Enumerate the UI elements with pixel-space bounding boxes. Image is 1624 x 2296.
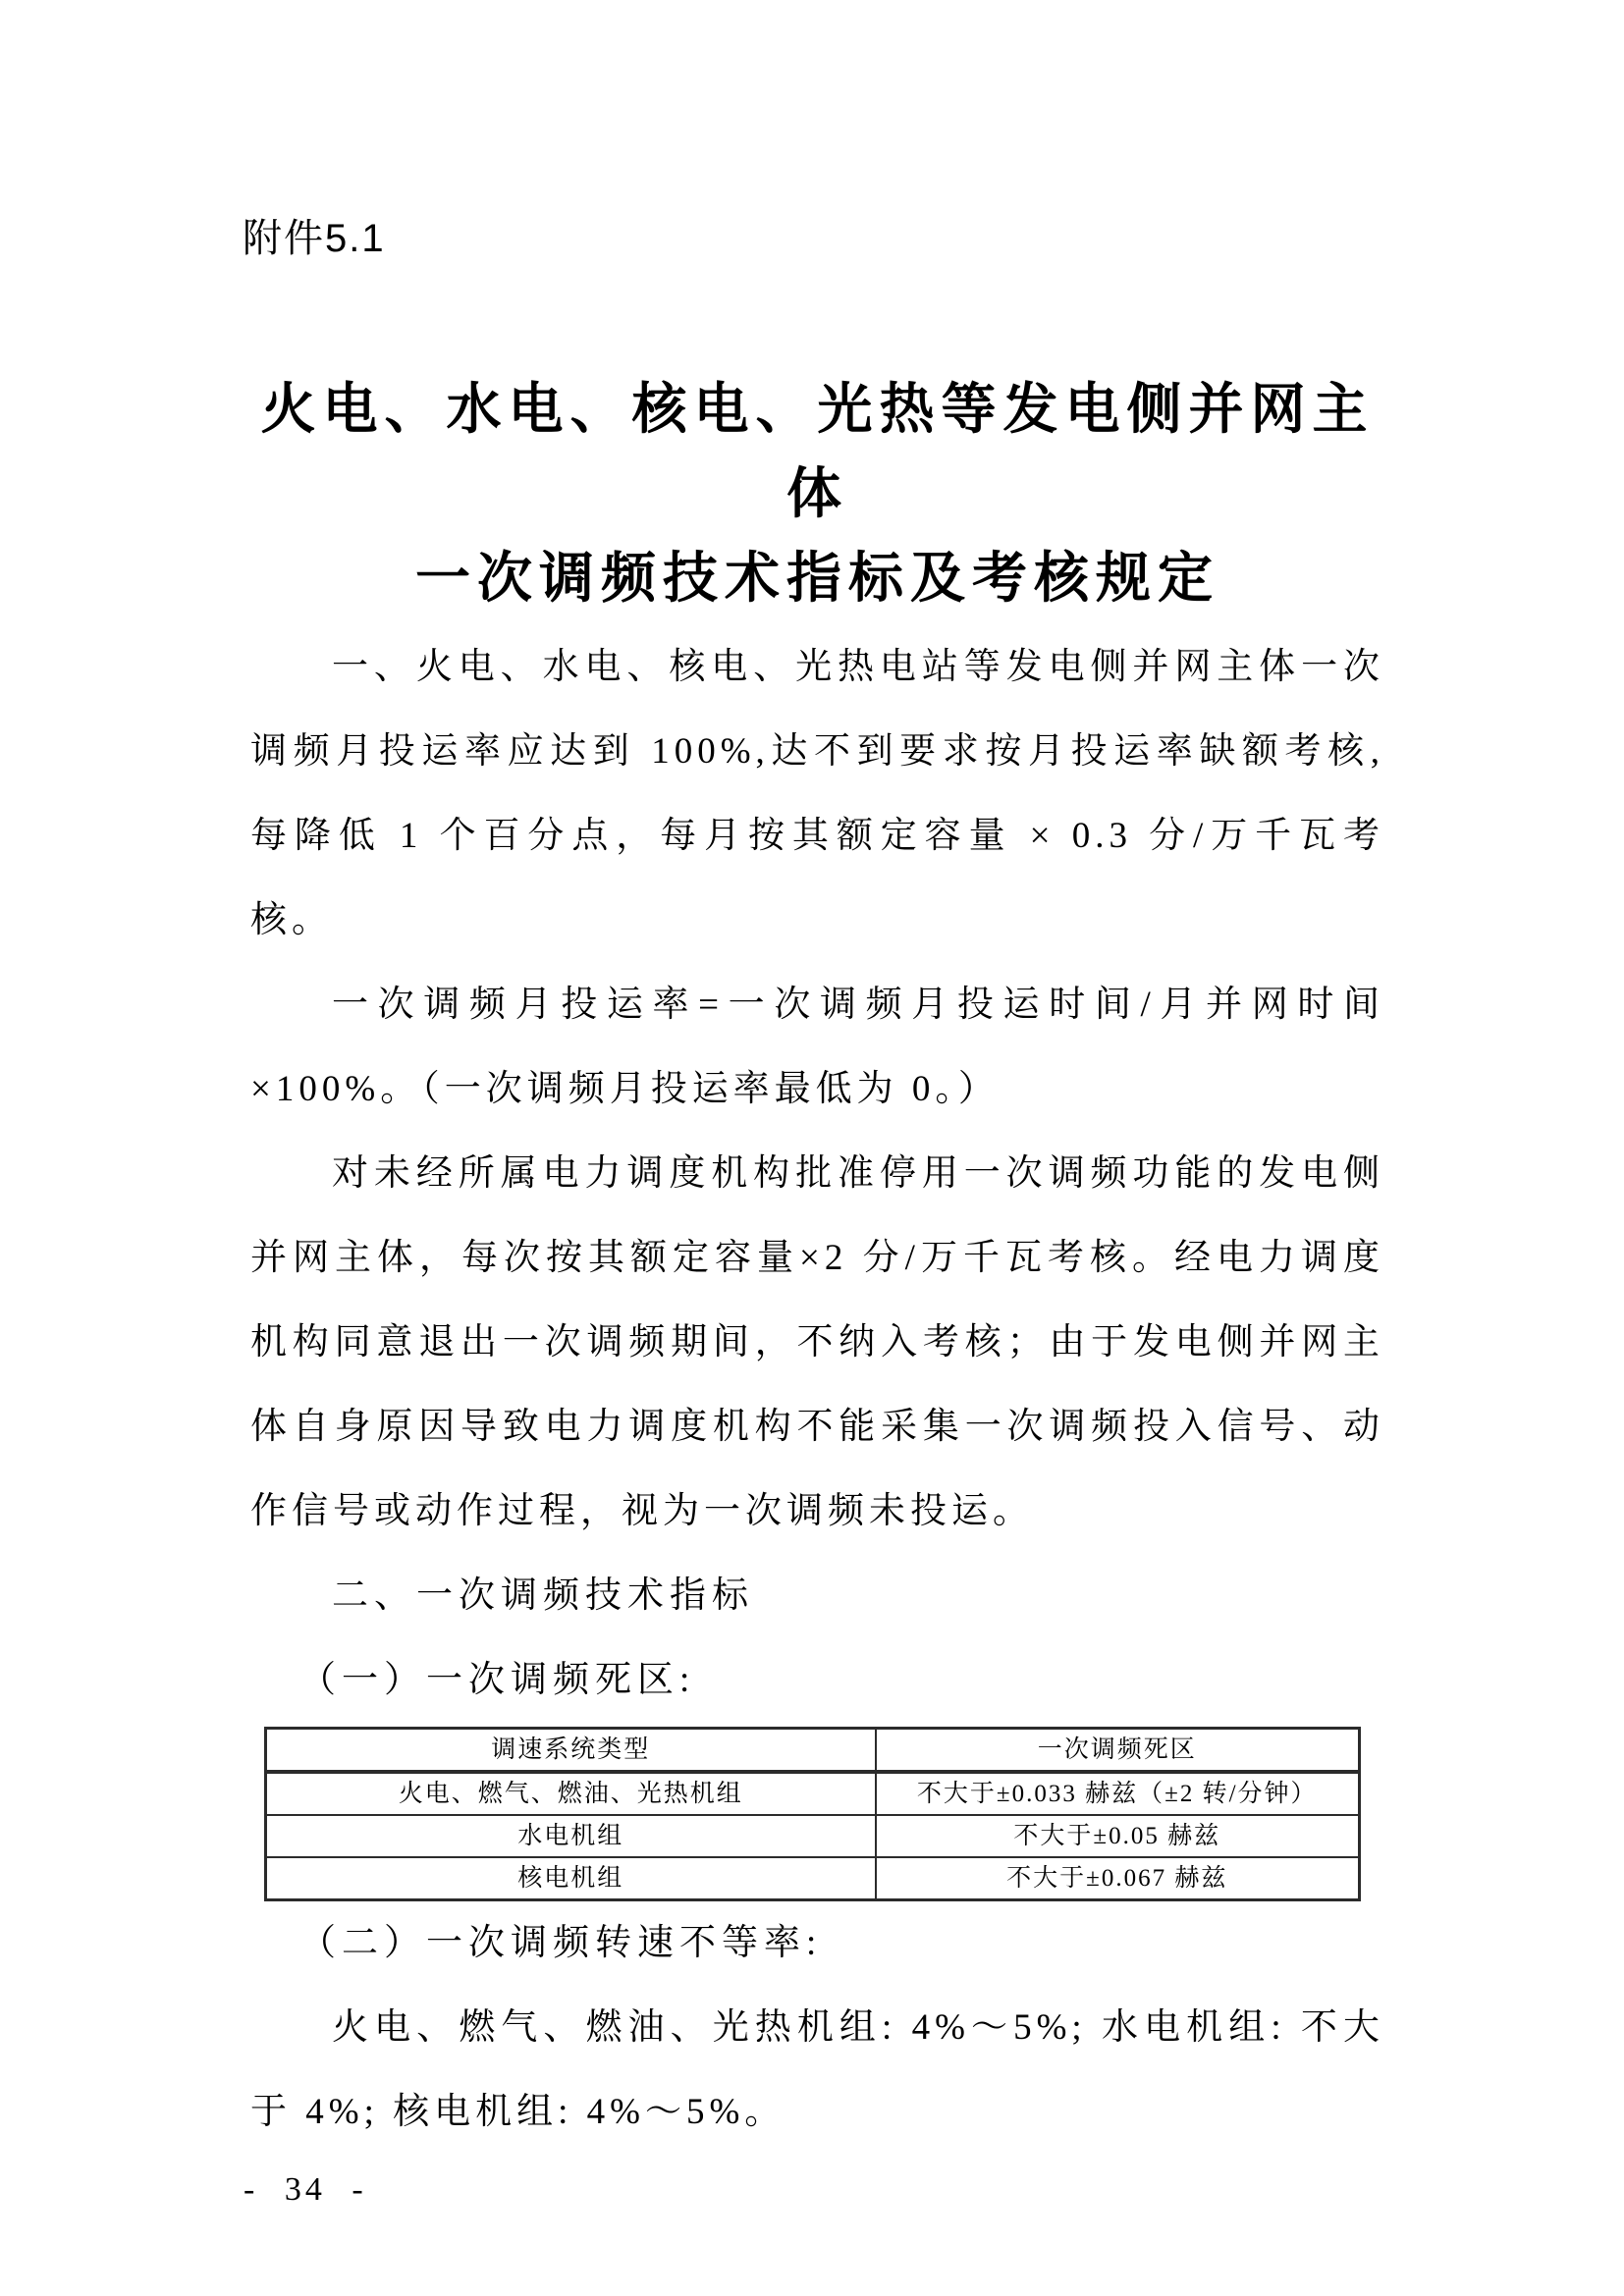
table-header-governor-type: 调速系统类型 [266, 1729, 876, 1773]
document-title-line2: 一次调频技术指标及考核规定 [415, 549, 1219, 610]
paragraph-frequency-availability: 一、火电、水电、核电、光热电站等发电侧并网主体一次调频月投运率应达到 100%,… [250, 625, 1384, 963]
table-cell-deadband-value: 不大于±0.067 赫兹 [876, 1857, 1360, 1900]
table-row: 水电机组 不大于±0.05 赫兹 [266, 1815, 1360, 1857]
document-title-line1: 火电、水电、核电、光热等发电侧并网主体 [261, 380, 1375, 525]
document-page: 附件5.1 火电、水电、核电、光热等发电侧并网主体 一次调频技术指标及考核规定 … [0, 0, 1624, 2296]
table-header-row: 调速系统类型 一次调频死区 [266, 1729, 1360, 1773]
subsection-heading-deadband: （一）一次调频死区: [250, 1638, 1384, 1723]
paragraph-speed-droop-values: 火电、燃气、燃油、光热机组: 4%～5%; 水电机组: 不大于 4%; 核电机组… [250, 1986, 1384, 2155]
subsection-heading-speed-droop: （二）一次调频转速不等率: [250, 1901, 1384, 1986]
section-heading-technical-indicators: 二、一次调频技术指标 [250, 1554, 1384, 1638]
paragraph-availability-formula: 一次调频月投运率=一次调频月投运时间/月并网时间×100%。（一次调频月投运率最… [250, 963, 1384, 1132]
attachment-label: 附件5.1 [243, 216, 386, 261]
document-body: 一、火电、水电、核电、光热电站等发电侧并网主体一次调频月投运率应达到 100%,… [250, 625, 1384, 2155]
document-title: 火电、水电、核电、光热等发电侧并网主体 一次调频技术指标及考核规定 [250, 368, 1384, 621]
table-cell-deadband-value: 不大于±0.05 赫兹 [876, 1815, 1360, 1857]
table-cell-deadband-value: 不大于±0.033 赫兹（±2 转/分钟） [876, 1772, 1360, 1815]
paragraph-unauthorized-disable: 对未经所属电力调度机构批准停用一次调频功能的发电侧并网主体，每次按其额定容量×2… [250, 1132, 1384, 1554]
table-header-deadband: 一次调频死区 [876, 1729, 1360, 1773]
table-cell-unit-type: 火电、燃气、燃油、光热机组 [266, 1772, 876, 1815]
table-row: 火电、燃气、燃油、光热机组 不大于±0.033 赫兹（±2 转/分钟） [266, 1772, 1360, 1815]
table-row: 核电机组 不大于±0.067 赫兹 [266, 1857, 1360, 1900]
deadband-table: 调速系统类型 一次调频死区 火电、燃气、燃油、光热机组 不大于±0.033 赫兹… [264, 1727, 1361, 1901]
page-number: - 34 - [244, 2171, 367, 2209]
table-cell-unit-type: 核电机组 [266, 1857, 876, 1900]
table-cell-unit-type: 水电机组 [266, 1815, 876, 1857]
